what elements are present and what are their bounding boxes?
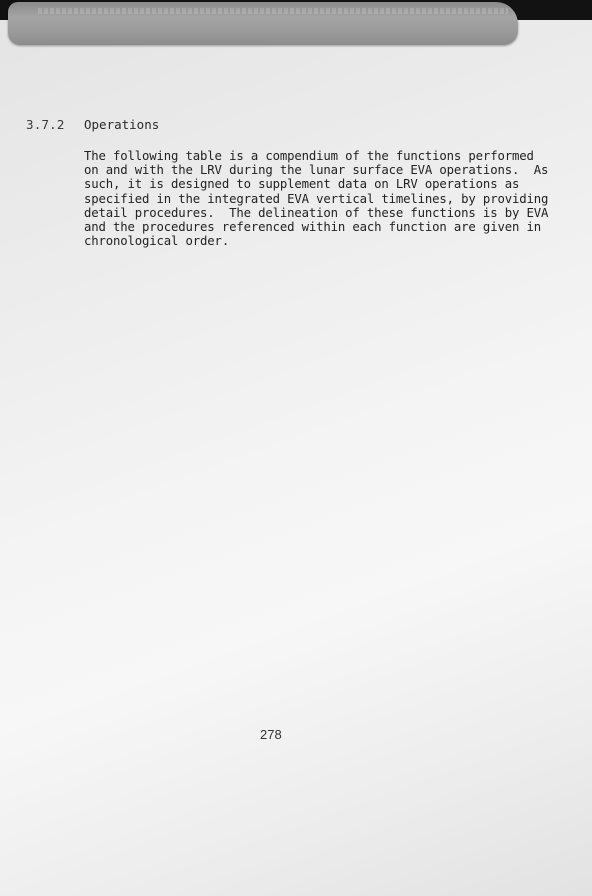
paragraph-line: chronological order. [84, 234, 554, 248]
page-number: 278 [260, 727, 282, 742]
section-number: 3.7.2 [26, 117, 65, 132]
body-paragraph: The following table is a compendium of t… [84, 149, 554, 248]
curled-page-edge [8, 2, 518, 45]
paragraph-line: specified in the integrated EVA vertical… [84, 192, 554, 206]
paragraph-line: such, it is designed to supplement data … [84, 177, 554, 191]
bleed-through-text [38, 8, 508, 14]
paragraph-line: and the procedures referenced within eac… [84, 220, 554, 234]
paragraph-line: on and with the LRV during the lunar sur… [84, 163, 554, 177]
section-title: Operations [84, 117, 159, 132]
paragraph-line: The following table is a compendium of t… [84, 149, 554, 163]
paragraph-line: detail procedures. The delineation of th… [84, 206, 554, 220]
